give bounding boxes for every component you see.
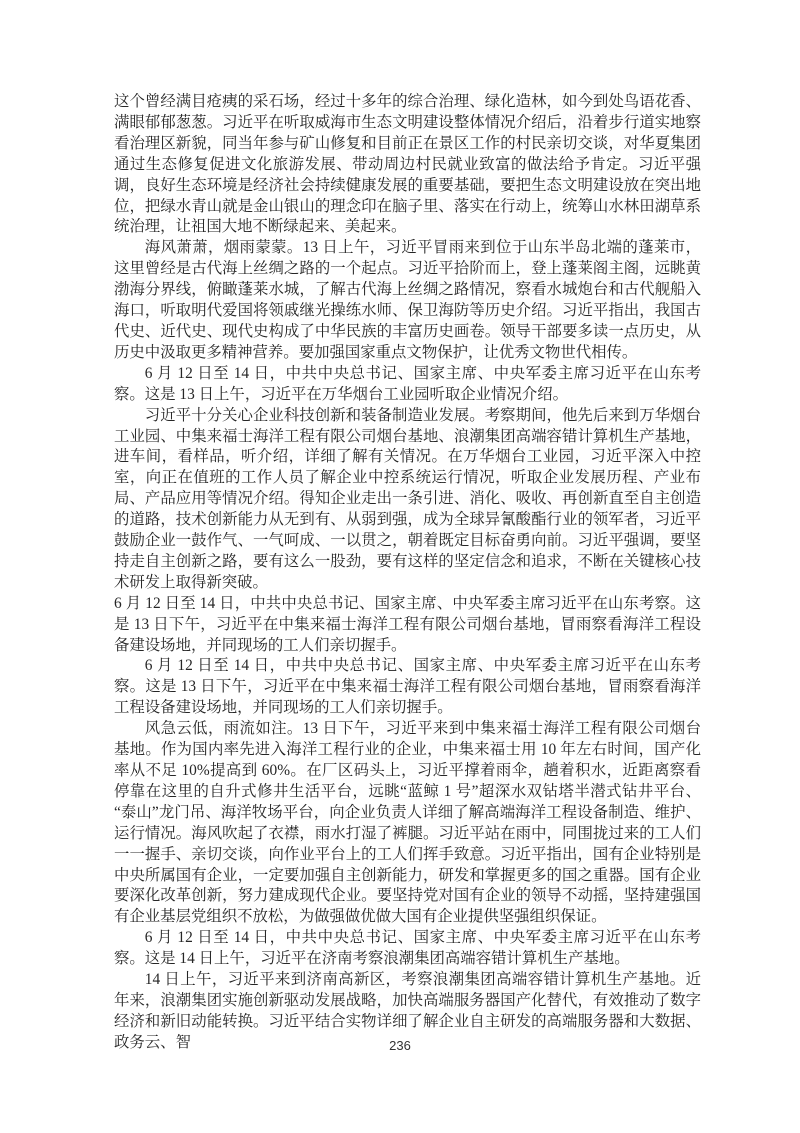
- document-page: 这个曾经满目疮痍的采石场，经过十多年的综合治理、绿化造林，如今到处鸟语花香、满眼…: [0, 0, 800, 1133]
- page-number: 236: [0, 1038, 800, 1053]
- paragraph-7: 风急云低，雨流如注。13 日下午，习近平来到中集来福士海洋工程有限公司烟台基地。…: [114, 719, 701, 928]
- paragraph-6: 6 月 12 日至 14 日，中共中央总书记、国家主席、中央军委主席习近平在山东…: [114, 656, 701, 719]
- paragraph-2: 海风萧萧，烟雨蒙蒙。13 日上午，习近平冒雨来到位于山东半岛北端的蓬莱市，这里曾…: [114, 238, 701, 363]
- paragraph-3: 6 月 12 日至 14 日，中共中央总书记、国家主席、中央军委主席习近平在山东…: [114, 364, 701, 406]
- paragraph-4: 习近平十分关心企业科技创新和装备制造业发展。考察期间，他先后来到万华烟台工业园、…: [114, 406, 701, 594]
- paragraph-5: 6 月 12 日至 14 日，中共中央总书记、国家主席、中央军委主席习近平在山东…: [114, 594, 701, 657]
- text-content: 这个曾经满目疮痍的采石场，经过十多年的综合治理、绿化造林，如今到处鸟语花香、满眼…: [114, 92, 701, 1054]
- paragraph-1: 这个曾经满目疮痍的采石场，经过十多年的综合治理、绿化造林，如今到处鸟语花香、满眼…: [114, 92, 701, 238]
- paragraph-8: 6 月 12 日至 14 日，中共中央总书记、国家主席、中央军委主席习近平在山东…: [114, 928, 701, 970]
